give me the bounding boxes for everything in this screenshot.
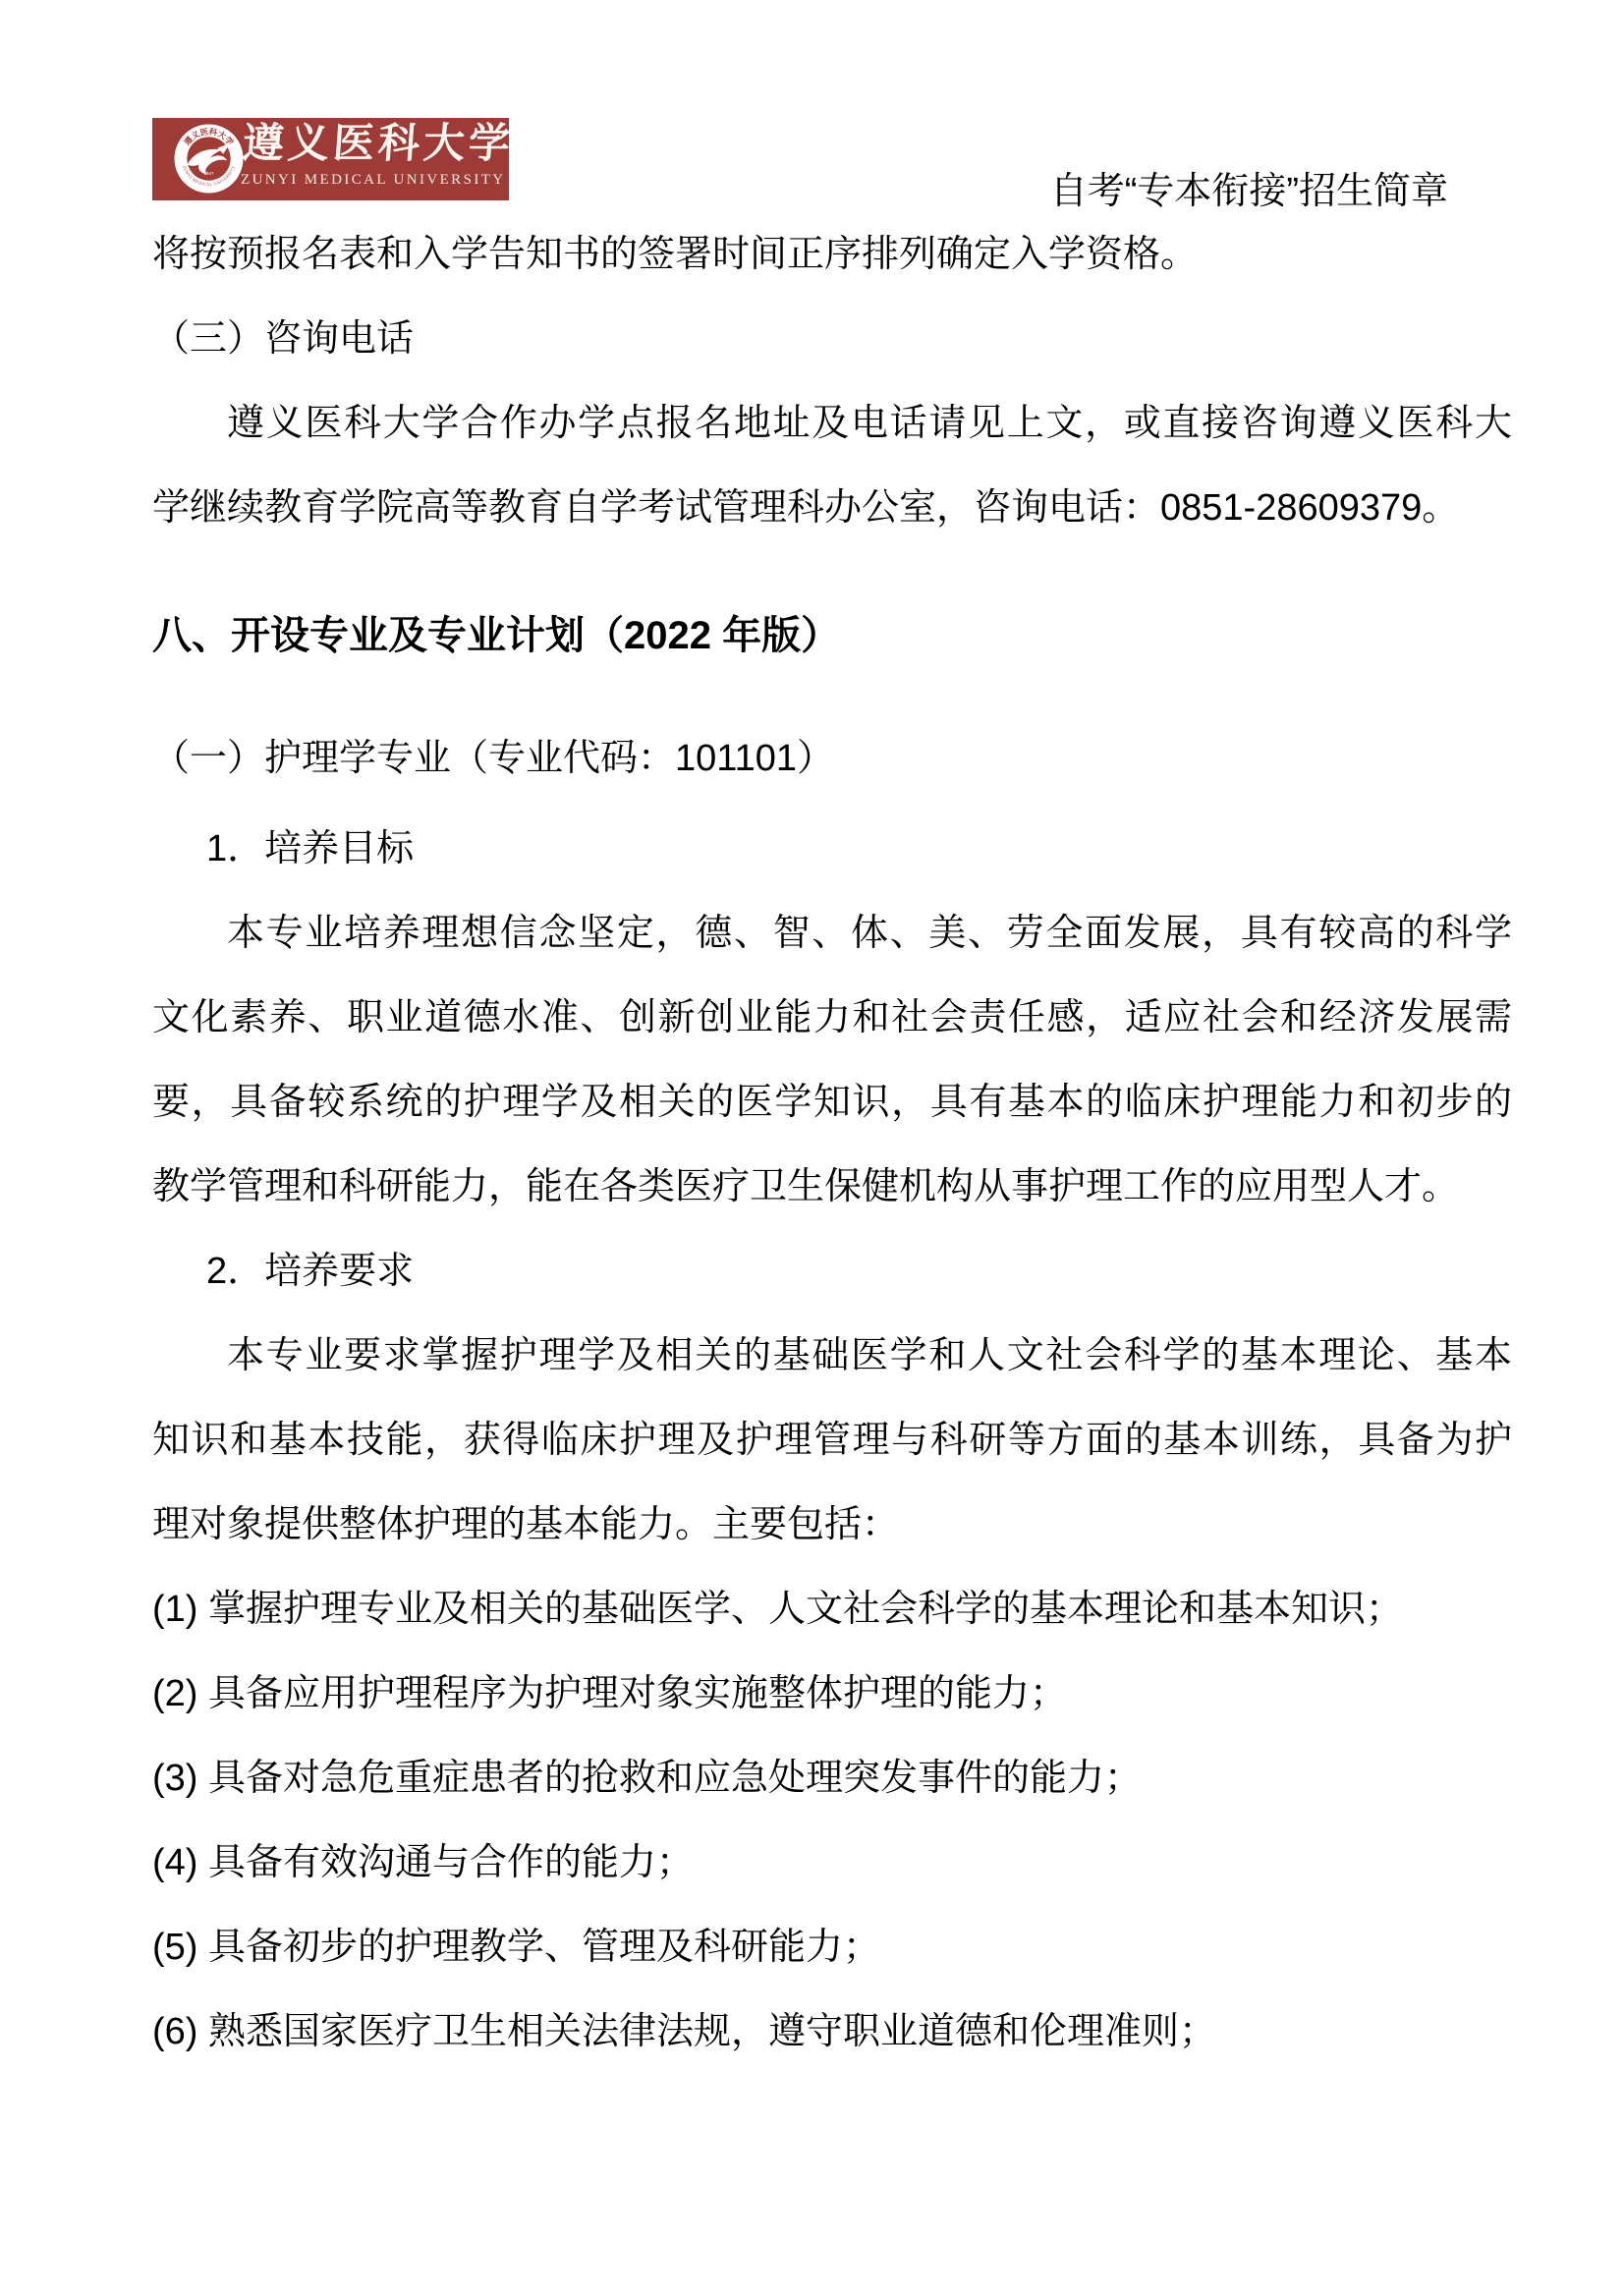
paragraph-line: 理对象提供整体护理的基本能力。主要包括：	[152, 1483, 1512, 1567]
paragraph-line: 本专业要求掌握护理学及相关的基础医学和人文社会科学的基本理论、基本	[152, 1314, 1512, 1398]
subsection-heading-nursing-major: （一）护理学专业（专业代码：101101）	[152, 716, 1512, 801]
list-item-requirement-4: (4) 具备有效沟通与合作的能力；	[152, 1820, 1512, 1905]
paragraph-line: 文化素养、职业道德水准、创新创业能力和社会责任感，适应社会和经济发展需	[152, 976, 1512, 1060]
paragraph-line: 知识和基本技能，获得临床护理及护理管理与科研等方面的基本训练，具备为护	[152, 1398, 1512, 1483]
list-item-requirement-6: (6) 熟悉国家医疗卫生相关法律法规，遵守职业道德和伦理准则；	[152, 1989, 1512, 2074]
section-heading-majors: 八、开设专业及专业计划（2022 年版）	[152, 593, 1512, 678]
subsection-heading-consult-phone: （三）咨询电话	[152, 297, 1512, 381]
list-item-requirement-1: (1) 掌握护理专业及相关的基础医学、人文社会科学的基本理论和基本知识；	[152, 1567, 1512, 1652]
page: { "logo": { "name_cn": "遵义医科大学", "name_e…	[0, 0, 1624, 2296]
paragraph-line-phone: 学继续教育学院高等教育自学考试管理科办公室，咨询电话：0851-28609379…	[152, 466, 1512, 550]
numbered-heading-training-requirements: 2．培养要求	[152, 1229, 1512, 1314]
paragraph-line: 将按预报名表和入学告知书的签署时间正序排列确定入学资格。	[152, 212, 1512, 297]
list-item-requirement-2: (2) 具备应用护理程序为护理对象实施整体护理的能力；	[152, 1652, 1512, 1736]
paragraph-line: 本专业培养理想信念坚定，德、智、体、美、劳全面发展，具有较高的科学	[152, 891, 1512, 976]
paragraph-line: 遵义医科大学合作办学点报名地址及电话请见上文，或直接咨询遵义医科大	[152, 381, 1512, 466]
paragraph-line: 要，具备较系统的护理学及相关的医学知识，具有基本的临床护理能力和初步的	[152, 1060, 1512, 1145]
paragraph-line: 教学管理和科研能力，能在各类医疗卫生保健机构从事护理工作的应用型人才。	[152, 1145, 1512, 1229]
list-item-requirement-3: (3) 具备对急危重症患者的抢救和应急处理突发事件的能力；	[152, 1736, 1512, 1820]
document-body: 将按预报名表和入学告知书的签署时间正序排列确定入学资格。 （三）咨询电话 遵义医…	[152, 0, 1512, 2074]
list-item-requirement-5: (5) 具备初步的护理教学、管理及科研能力；	[152, 1905, 1512, 1989]
numbered-heading-training-objective: 1．培养目标	[152, 807, 1512, 891]
